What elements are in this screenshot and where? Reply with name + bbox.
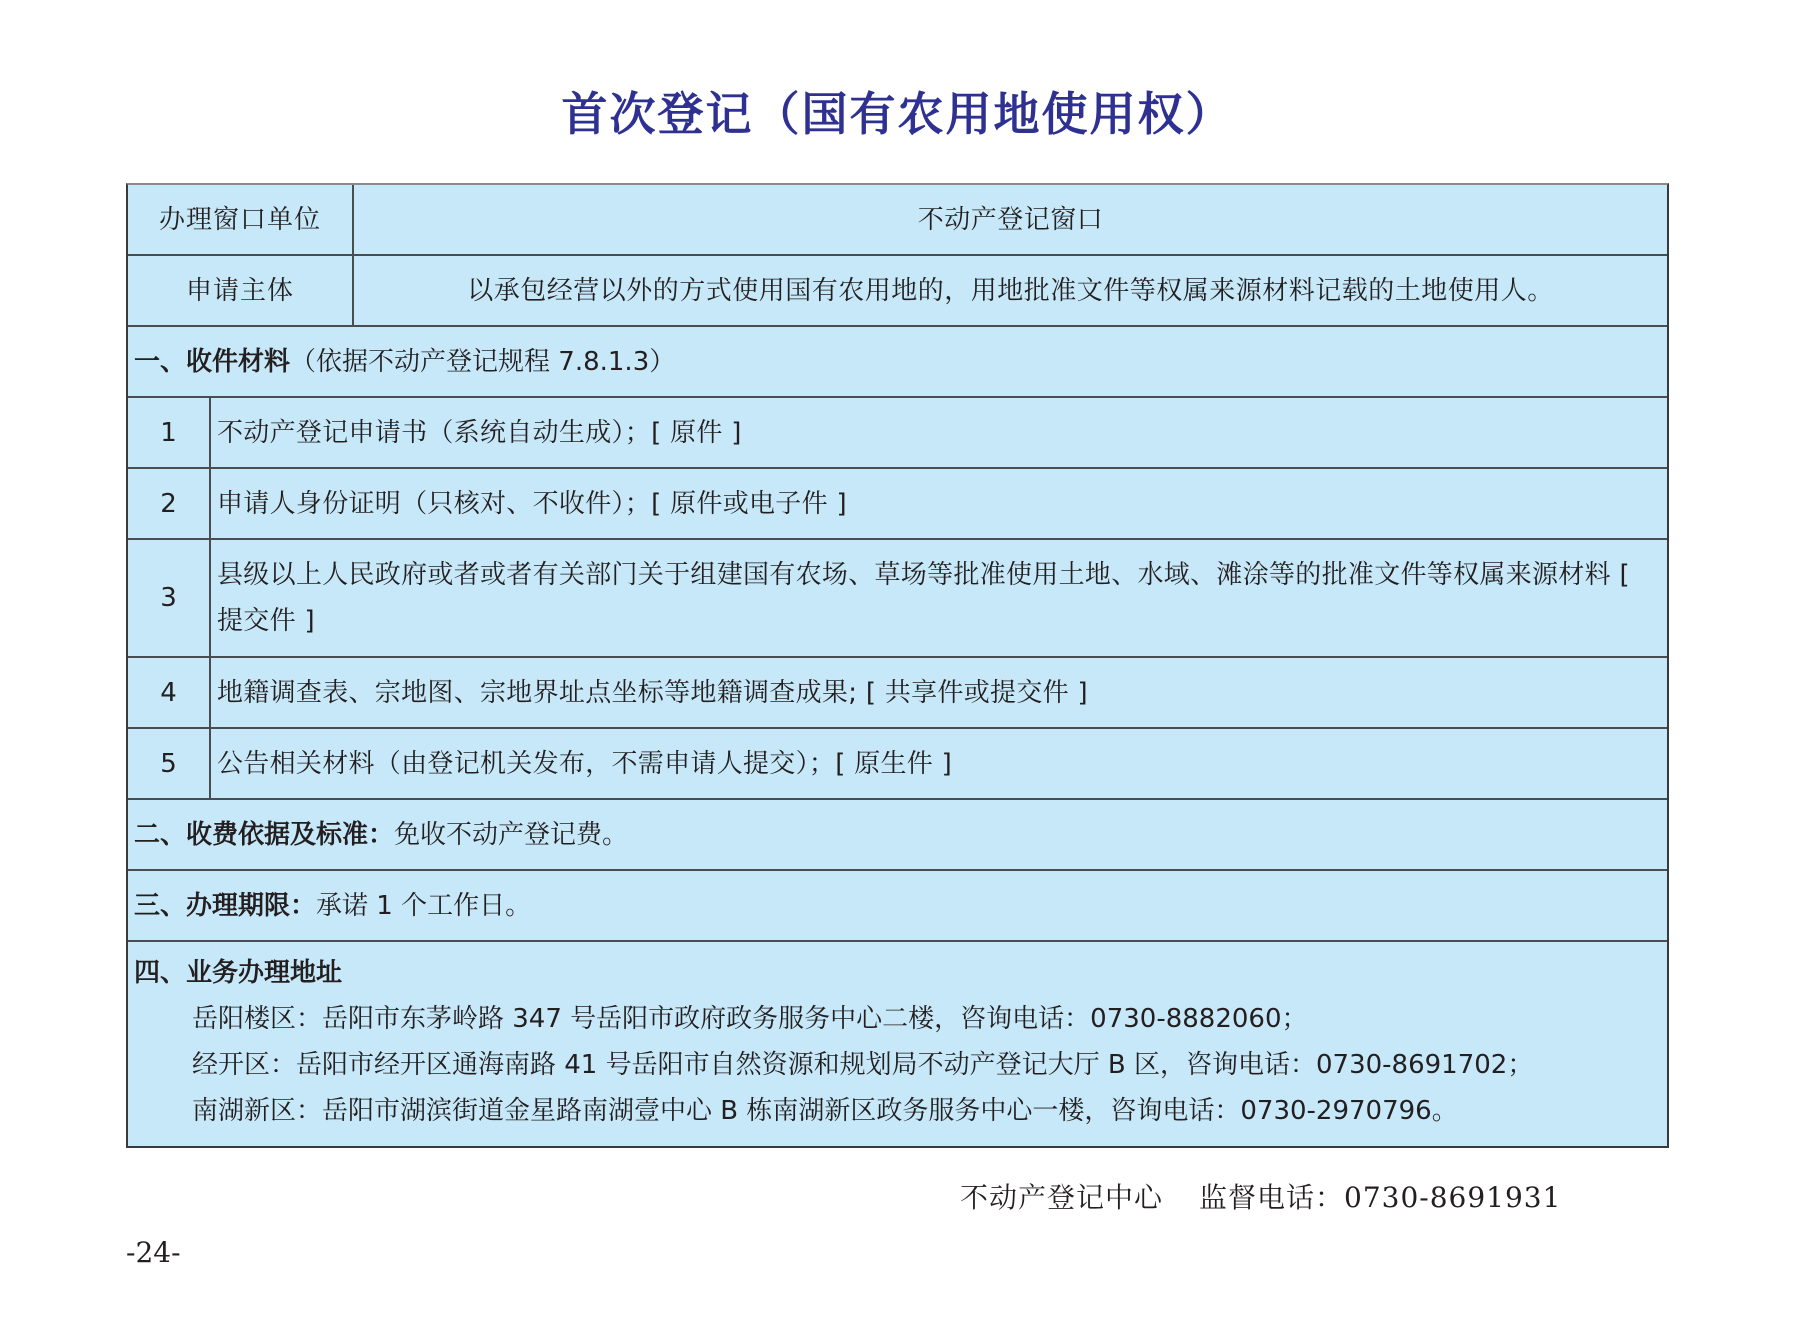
material-row: 5 公告相关材料（由登记机关发布，不需申请人提交）；[ 原生件 ] [128, 729, 1667, 800]
row-deadline: 三、办理期限： 承诺 1 个工作日。 [128, 871, 1667, 942]
footer-org: 不动产登记中心 [960, 1181, 1163, 1214]
material-row: 3 县级以上人民政府或者或者有关部门关于组建国有农场、草场等批准使用土地、水域、… [128, 540, 1667, 658]
page-title: 首次登记（国有农用地使用权） [0, 84, 1795, 144]
row-materials-heading: 一、收件材料 （依据不动产登记规程 7.8.1.3） [128, 327, 1667, 398]
material-row: 4 地籍调查表、宗地图、宗地界址点坐标等地籍调查成果; [ 共享件或提交件 ] [128, 658, 1667, 729]
material-number: 5 [128, 729, 211, 798]
address-line: 南湖新区：岳阳市湖滨街道金星路南湖壹中心 B 栋南湖新区政务服务中心一楼，咨询电… [134, 1088, 1533, 1134]
applicant-label: 申请主体 [128, 256, 354, 325]
row-applicant: 申请主体 以承包经营以外的方式使用国有农用地的，用地批准文件等权属来源材料记载的… [128, 256, 1667, 327]
address-heading: 四、业务办理地址 [134, 958, 342, 988]
materials-heading-note: （依据不动产登记规程 7.8.1.3） [290, 339, 675, 385]
material-text: 不动产登记申请书（系统自动生成）；[ 原件 ] [211, 398, 1667, 467]
row-window-unit: 办理窗口单位 不动产登记窗口 [128, 185, 1667, 256]
fee-value: 免收不动产登记费。 [394, 812, 628, 858]
window-unit-label: 办理窗口单位 [128, 185, 354, 254]
materials-heading-title: 一、收件材料 [134, 339, 290, 385]
fee-heading: 二、收费依据及标准： [134, 812, 394, 858]
address-line: 经开区：岳阳市经开区通海南路 41 号岳阳市自然资源和规划局不动产登记大厅 B … [134, 1042, 1533, 1088]
material-number: 2 [128, 469, 211, 538]
deadline-heading: 三、办理期限： [134, 883, 316, 929]
material-row: 1 不动产登记申请书（系统自动生成）；[ 原件 ] [128, 398, 1667, 469]
material-number: 3 [128, 540, 211, 656]
footer-hotline: 监督电话：0730-8691931 [1199, 1181, 1561, 1214]
material-text: 申请人身份证明（只核对、不收件）；[ 原件或电子件 ] [211, 469, 1667, 538]
registration-table: 办理窗口单位 不动产登记窗口 申请主体 以承包经营以外的方式使用国有农用地的，用… [126, 183, 1669, 1148]
material-text: 地籍调查表、宗地图、宗地界址点坐标等地籍调查成果; [ 共享件或提交件 ] [211, 658, 1667, 727]
material-row: 2 申请人身份证明（只核对、不收件）；[ 原件或电子件 ] [128, 469, 1667, 540]
fee-section: 二、收费依据及标准： 免收不动产登记费。 [128, 800, 1667, 869]
window-unit-value: 不动产登记窗口 [354, 185, 1667, 254]
deadline-value: 承诺 1 个工作日。 [316, 883, 531, 929]
deadline-section: 三、办理期限： 承诺 1 个工作日。 [128, 871, 1667, 940]
material-text: 县级以上人民政府或者或者有关部门关于组建国有农场、草场等批准使用土地、水域、滩涂… [211, 540, 1667, 656]
material-number: 4 [128, 658, 211, 727]
address-line: 岳阳楼区：岳阳市东茅岭路 347 号岳阳市政府政务服务中心二楼，咨询电话：073… [134, 996, 1533, 1042]
material-text: 公告相关材料（由登记机关发布，不需申请人提交）；[ 原生件 ] [211, 729, 1667, 798]
applicant-value: 以承包经营以外的方式使用国有农用地的，用地批准文件等权属来源材料记载的土地使用人… [354, 256, 1667, 325]
row-fee: 二、收费依据及标准： 免收不动产登记费。 [128, 800, 1667, 871]
material-number: 1 [128, 398, 211, 467]
page-number: -24- [126, 1236, 181, 1269]
address-section: 四、业务办理地址 岳阳楼区：岳阳市东茅岭路 347 号岳阳市政府政务服务中心二楼… [128, 942, 1539, 1146]
materials-heading: 一、收件材料 （依据不动产登记规程 7.8.1.3） [128, 327, 1667, 396]
footer: 不动产登记中心监督电话：0730-8691931 [960, 1176, 1561, 1216]
row-address: 四、业务办理地址 岳阳楼区：岳阳市东茅岭路 347 号岳阳市政府政务服务中心二楼… [128, 942, 1667, 1146]
